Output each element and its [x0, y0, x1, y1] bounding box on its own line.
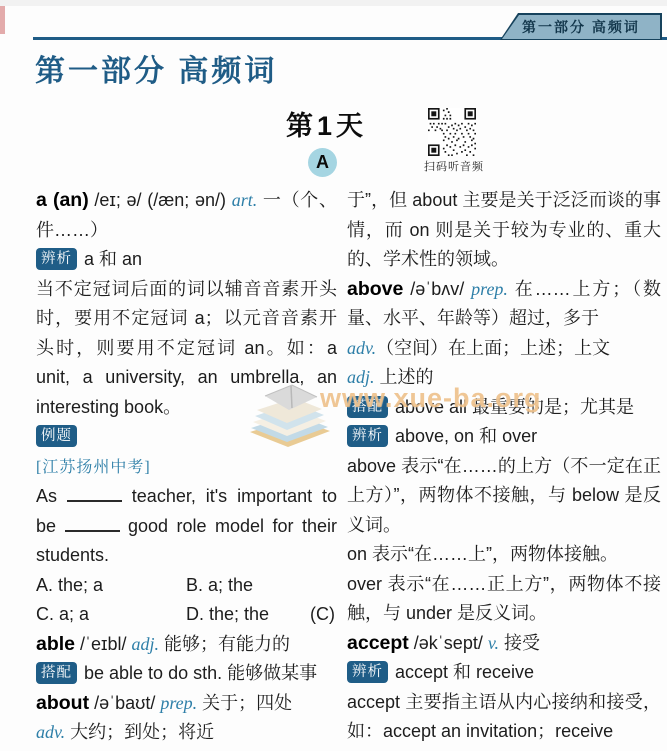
analysis-on-body: on 表示“在……上”，两物体接触。	[347, 540, 661, 570]
tag-badge: 辨析	[347, 661, 388, 683]
fill-in-blank	[67, 486, 122, 502]
entry-word: about	[36, 692, 89, 714]
header-tab-label: 第一部分 高频词	[522, 17, 640, 37]
entry-accept: accept /əkˈsept/ v. 接受	[347, 629, 661, 659]
exercise-options-row: A. the; aB. a; the	[36, 571, 337, 601]
entry-able: able /ˈeɪbl/ adj. 能够；有能力的	[36, 630, 337, 660]
fill-in-blank	[65, 516, 120, 532]
part-title: 第一部分 高频词	[35, 46, 277, 90]
text-segment: （空间）在上面；上述；上文	[376, 338, 610, 358]
exercise-question: As teacher, it's important to be good ro…	[36, 482, 337, 571]
exam-source: [江苏扬州中考]	[36, 459, 151, 476]
tag-badge: 辨析	[36, 248, 77, 270]
analysis-a-an-tagline: 辨析a 和 an	[36, 245, 337, 275]
scan-edge-strip	[0, 0, 667, 6]
book-page: 第一部分 高频词 第一部分 高频词 第1天 扫码听音频	[0, 0, 667, 751]
header-tab: 第一部分 高频词	[500, 13, 662, 40]
text-segment: accept 主要指主语从内心接纳和接受，如：accept an invitat…	[347, 692, 661, 742]
text-segment: 大约；到处；将近	[65, 722, 214, 742]
text-segment: above, on 和 over	[395, 426, 537, 446]
option-right: D. the; the	[186, 600, 269, 630]
text-segment: /əˈbʌv/	[403, 279, 471, 299]
part-of-speech: adj.	[131, 634, 159, 654]
part-of-speech: art.	[232, 190, 258, 210]
text-segment: accept 和 receive	[395, 662, 534, 682]
part-of-speech: prep.	[160, 693, 197, 713]
text-segment: /ˈeɪbl/	[75, 634, 131, 654]
analysis-about-on-continued: 于”，但 about 主要是关于泛泛而谈的事情，而 on 则是关于较为专业的、重…	[347, 186, 661, 275]
entry-word: above	[347, 278, 403, 300]
option-left: A. the; a	[36, 571, 186, 601]
analysis-accept-body: accept 主要指主语从内心接纳和接受，如：accept an invitat…	[347, 688, 661, 747]
text-segment: be able to do sth. 能够做某事	[84, 663, 317, 683]
answer-key: (C)	[310, 600, 337, 630]
text-segment: 关于；四处	[197, 693, 292, 713]
qr-caption: 扫码听音频	[424, 158, 480, 174]
watermark-text: www.xue-ba.org	[320, 383, 542, 414]
entry-about-adv: adv. 大约；到处；将近	[36, 718, 337, 748]
entry-about: about /əˈbaʊt/ prep. 关于；四处	[36, 689, 337, 719]
text-segment: 于”，但 about 主要是关于泛泛而谈的事情，而 on 则是关于较为专业的、重…	[347, 190, 661, 269]
text-segment: 接受	[499, 633, 540, 653]
tag-badge: 例题	[36, 425, 77, 447]
part-of-speech: prep.	[471, 279, 508, 299]
tag-badge: 搭配	[36, 662, 77, 684]
analysis-accept-receive-tagline: 辨析accept 和 receive	[347, 658, 661, 688]
entry-a-an: a (an) /eɪ; ə/ (/æn; ən/) art. 一（个、件……）	[36, 186, 337, 245]
text-segment: 能够；有能力的	[159, 634, 290, 654]
entry-above: above /əˈbʌv/ prep. 在……上方；（数量、水平、年龄等）超过，…	[347, 275, 661, 334]
text-segment: /əˈbaʊt/	[89, 693, 160, 713]
text-segment: over 表示“在……正上方”，两物体不接触，与 under 是反义词。	[347, 574, 661, 624]
collocation-able: 搭配be able to do sth. 能够做某事	[36, 659, 337, 689]
exam-source-line: [江苏扬州中考]	[36, 452, 337, 483]
text-segment: As	[36, 486, 67, 506]
header-tab-inner: 第一部分 高频词	[502, 15, 660, 39]
part-of-speech: v.	[488, 633, 499, 653]
text-segment: /əkˈsept/	[409, 633, 488, 653]
scan-red-mark	[0, 6, 5, 34]
entry-word: a (an)	[36, 189, 89, 211]
part-of-speech: adv.	[347, 338, 376, 358]
text-segment: above 表示“在……的上方（不一定在正上方）”，两物体不接触，与 below…	[347, 456, 661, 535]
section-letter-badge: A	[308, 148, 337, 177]
tag-badge: 辨析	[347, 425, 388, 447]
option-right: B. a; the	[186, 571, 253, 601]
dictionary-columns: a (an) /eɪ; ə/ (/æn; ən/) art. 一（个、件……）辨…	[36, 186, 661, 751]
entry-word: accept	[347, 632, 409, 654]
qr-block: 扫码听音频	[424, 108, 480, 174]
text-segment: /eɪ; ə/ (/æn; ən/)	[89, 190, 232, 210]
text-segment: on 表示“在……上”，两物体接触。	[347, 544, 618, 564]
entry-word: able	[36, 633, 75, 655]
text-segment: a 和 an	[84, 249, 142, 269]
analysis-above-on-over-tagline: 辨析above, on 和 over	[347, 422, 661, 452]
analysis-above-body: above 表示“在……的上方（不一定在正上方）”，两物体不接触，与 below…	[347, 452, 661, 541]
qr-code-icon	[428, 108, 476, 156]
analysis-over-body: over 表示“在……正上方”，两物体不接触，与 under 是反义词。	[347, 570, 661, 629]
part-of-speech: adv.	[36, 722, 65, 742]
entry-above-adv: adv.（空间）在上面；上述；上文	[347, 334, 661, 364]
day-heading: 第1天	[286, 104, 367, 143]
exercise-options-row: C. a; aD. the; the(C)	[36, 600, 337, 630]
right-column: 于”，但 about 主要是关于泛泛而谈的事情，而 on 则是关于较为专业的、重…	[347, 186, 661, 751]
left-column: a (an) /eɪ; ə/ (/æn; ən/) art. 一（个、件……）辨…	[36, 186, 337, 751]
option-left: C. a; a	[36, 600, 186, 630]
